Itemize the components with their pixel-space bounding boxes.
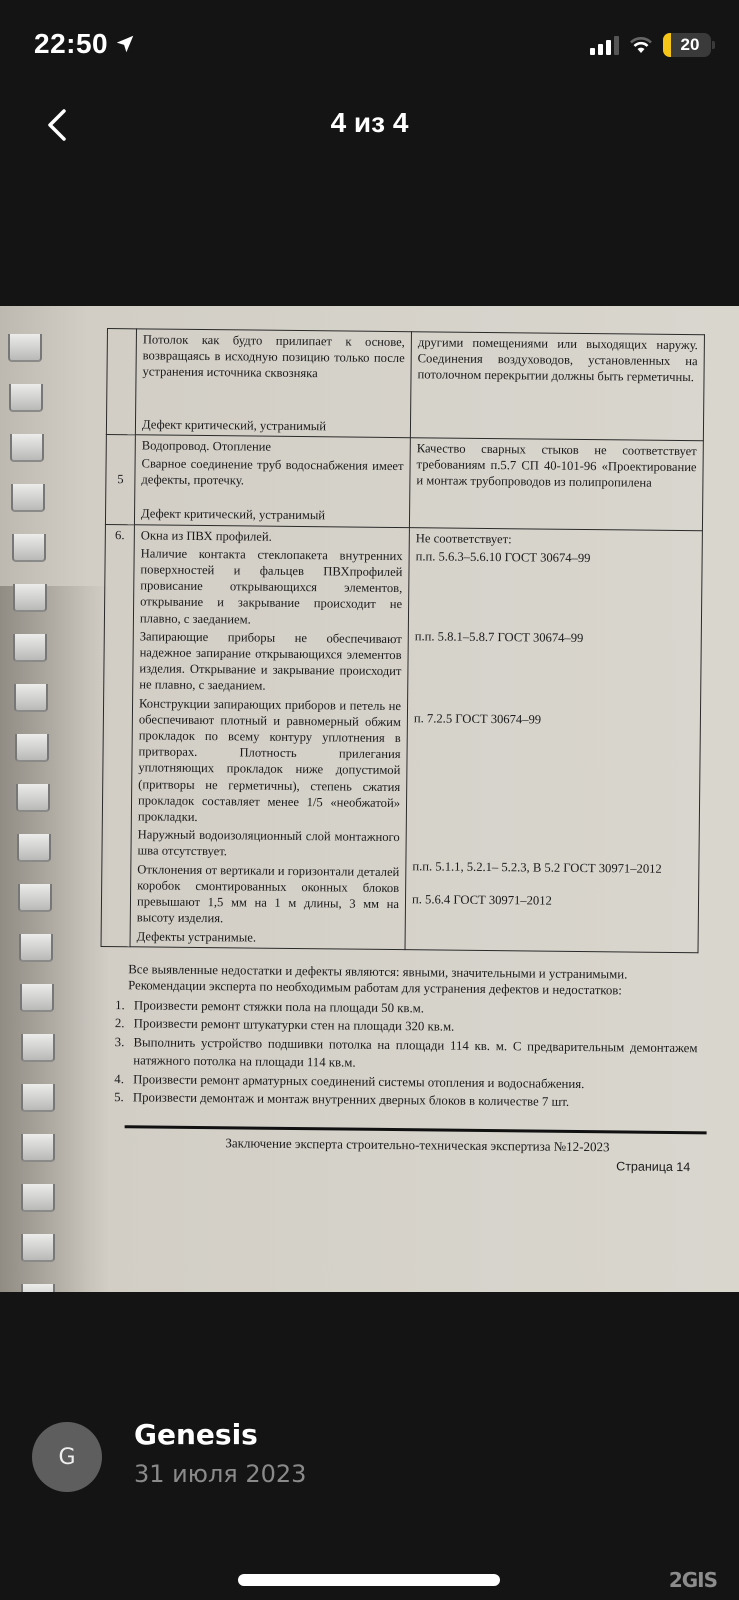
norm-text: п.п. 5.1.1, 5.2.1– 5.2.3, В 5.2 ГОСТ 309… xyxy=(412,859,692,878)
norm-text: п.п. 5.8.1–5.8.7 ГОСТ 30674–99 xyxy=(415,628,695,647)
row-number: 5 xyxy=(105,434,135,524)
battery-icon: 20 xyxy=(663,33,711,57)
time-text: 22:50 xyxy=(34,28,108,60)
norm-text: п. 7.2.5 ГОСТ 30674–99 xyxy=(414,710,694,729)
page-number: Страница 14 xyxy=(98,1154,696,1174)
defect-verdict: Дефекты устранимые. xyxy=(137,928,399,947)
defect-description: Окна из ПВХ профилей. Наличие контакта с… xyxy=(130,524,409,949)
binding-ring xyxy=(16,784,50,812)
review-date: 31 июля 2023 xyxy=(134,1460,306,1488)
avatar[interactable]: G xyxy=(32,1422,102,1492)
binding-ring xyxy=(13,634,47,662)
binding-ring xyxy=(21,1034,55,1062)
viewer-header: 4 из 4 xyxy=(0,95,739,155)
row-number xyxy=(106,329,136,435)
watermark-logo: 2GIS xyxy=(669,1568,717,1592)
norm-reference: Не соответствует: п.п. 5.6.3–5.6.10 ГОСТ… xyxy=(405,527,702,952)
defect-verdict: Дефект критический, устранимый xyxy=(142,416,404,435)
summary-section: Все выявленные недостатки и дефекты явля… xyxy=(100,961,698,1000)
battery-level: 20 xyxy=(681,35,700,55)
footer-divider xyxy=(125,1125,707,1134)
table-row: 5 Водопровод. Отопление Сварное соединен… xyxy=(105,434,703,530)
home-indicator[interactable] xyxy=(238,1574,500,1586)
defect-text: Конструкции запирающих приборов и петель… xyxy=(138,695,401,827)
binding-ring xyxy=(21,1284,55,1292)
binding-ring xyxy=(21,1184,55,1212)
binding-ring xyxy=(10,434,44,462)
table-row: 6. Окна из ПВХ профилей. Наличие контакт… xyxy=(101,524,702,952)
binding-ring xyxy=(17,834,51,862)
defect-text: Сварное соединение труб водоснабжения им… xyxy=(141,455,403,490)
binding-ring xyxy=(12,534,46,562)
defect-text: Отклонения от вертикали и горизонтали де… xyxy=(137,861,400,929)
defect-title: Окна из ПВХ профилей. xyxy=(141,527,403,546)
recommendations-list: Произвести ремонт стяжки пола на площади… xyxy=(99,996,698,1113)
binding-ring xyxy=(15,734,49,762)
binding-ring xyxy=(21,1234,55,1262)
binding-ring xyxy=(9,384,43,412)
status-time: 22:50 xyxy=(34,28,136,60)
defect-text: Наличие контакта стеклопакета внутренних… xyxy=(140,545,403,629)
photo-counter: 4 из 4 xyxy=(0,107,739,139)
status-bar: 22:50 20 xyxy=(0,0,739,90)
binding-ring xyxy=(13,584,47,612)
binding-ring xyxy=(18,884,52,912)
defect-description: Потолок как будто прилипает к основе, во… xyxy=(135,329,411,438)
norm-text: п. 5.6.4 ГОСТ 30971–2012 xyxy=(412,891,692,910)
defect-title: Водопровод. Отопление xyxy=(142,437,404,456)
norm-reference: другими помещениями или выходящих наружу… xyxy=(410,332,704,441)
norm-text: Не соответствует: xyxy=(416,530,696,549)
binding-ring xyxy=(19,934,53,962)
document-page: Потолок как будто прилипает к основе, во… xyxy=(98,328,705,1174)
binding-ring xyxy=(8,334,42,362)
defect-text: Наружный водоизоляционный слой монтажног… xyxy=(137,827,399,862)
defect-text: Запирающие приборы не обеспечивают надеж… xyxy=(139,628,402,696)
norm-text: Качество сварных стыков не соответствует… xyxy=(416,440,696,492)
defect-text: Потолок как будто прилипает к основе, во… xyxy=(142,331,404,382)
defects-table: Потолок как будто прилипает к основе, во… xyxy=(101,328,705,953)
norm-text: другими помещениями или выходящих наружу… xyxy=(417,334,697,386)
norm-text: п.п. 5.6.3–5.6.10 ГОСТ 30674–99 xyxy=(416,548,696,567)
defect-description: Водопровод. Отопление Сварное соединение… xyxy=(134,435,410,528)
footer-title: Заключение эксперта строительно-техничес… xyxy=(98,1134,696,1156)
review-photo[interactable]: Потолок как будто прилипает к основе, во… xyxy=(0,306,739,1292)
location-arrow-icon xyxy=(114,33,136,55)
row-number: 6. xyxy=(101,524,134,946)
binding-ring xyxy=(21,1134,55,1162)
cellular-signal-icon xyxy=(590,35,619,55)
spiral-binding xyxy=(8,306,58,1292)
wifi-icon xyxy=(629,36,653,54)
binding-ring xyxy=(21,1084,55,1112)
norm-reference: Качество сварных стыков не соответствует… xyxy=(409,437,703,530)
binding-ring xyxy=(14,684,48,712)
author-name[interactable]: Genesis xyxy=(134,1418,258,1451)
binding-ring xyxy=(11,484,45,512)
binding-ring xyxy=(20,984,54,1012)
list-item: Выполнить устройство подшивки потолка на… xyxy=(127,1033,697,1076)
review-author[interactable]: G Genesis 31 июля 2023 xyxy=(32,1408,712,1498)
defect-verdict: Дефект критический, устранимый xyxy=(141,506,403,525)
status-indicators: 20 xyxy=(590,33,711,57)
table-row: Потолок как будто прилипает к основе, во… xyxy=(106,329,704,441)
